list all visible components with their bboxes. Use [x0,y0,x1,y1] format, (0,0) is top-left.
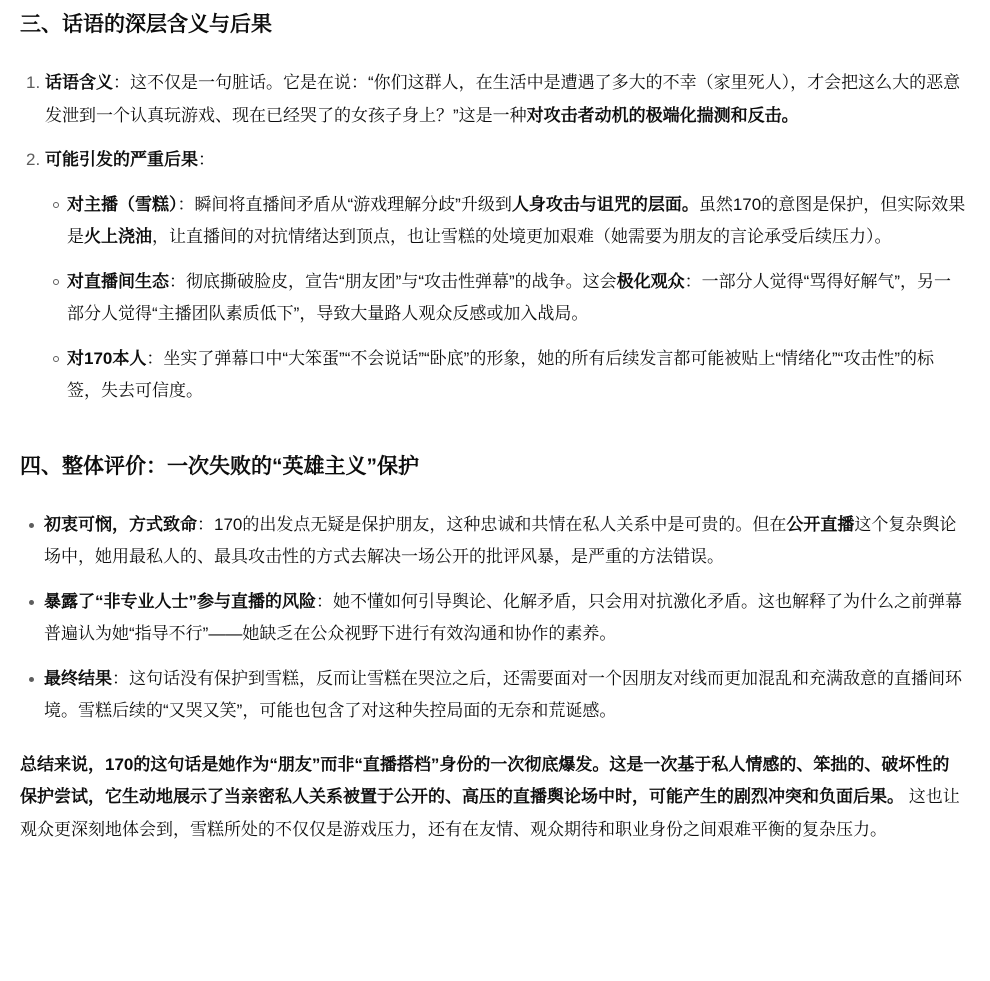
section-heading-4: 四、整体评价：一次失败的“英雄主义”保护 [20,452,966,482]
ordered-list: 1. 话语含义：这不仅是一句脏话。它是在说：“你们这群人，在生活中是遭遇了多大的… [20,67,966,408]
list-number-marker: 1. [26,67,40,100]
nested-list-item-1: 对主播（雪糕）：瞬间将直播间矛盾从“游戏理解分歧”升级到人身攻击与诅咒的层面。虽… [45,189,966,254]
bullet-list: 初衷可悯，方式致命：170的出发点无疑是保护朋友，这种忠诚和共情在私人关系中是可… [20,509,966,728]
nested-item-text: 对170本人：坐实了弹幕口中“大笨蛋”“不会说话”“卧底”的形象，她的所有后续发… [67,349,934,401]
nested-item-text: 对直播间生态：彻底撕破脸皮，宣告“朋友团”与“攻击性弹幕”的战争。这会极化观众：… [67,272,951,324]
dot-bullet-icon [29,677,34,682]
circle-bullet-icon [53,202,59,208]
section-heading-3: 三、话语的深层含义与后果 [20,10,966,40]
circle-bullet-icon [53,279,59,285]
nested-item-text: 对主播（雪糕）：瞬间将直播间矛盾从“游戏理解分歧”升级到人身攻击与诅咒的层面。虽… [67,195,965,247]
bullet-item-1: 初衷可悯，方式致命：170的出发点无疑是保护朋友，这种忠诚和共情在私人关系中是可… [20,509,966,574]
list-item-text: 话语含义：这不仅是一句脏话。它是在说：“你们这群人，在生活中是遭遇了多大的不幸（… [45,73,960,125]
bullet-item-text: 暴露了“非专业人士”参与直播的风险：她不懂如何引导舆论、化解矛盾，只会用对抗激化… [44,592,962,644]
list-item-2: 2. 可能引发的严重后果： 对主播（雪糕）：瞬间将直播间矛盾从“游戏理解分歧”升… [20,144,966,408]
conclusion-paragraph: 总结来说，170的这句话是她作为“朋友”而非“直播搭档”身份的一次彻底爆发。这是… [20,749,966,847]
bullet-item-text: 初衷可悯，方式致命：170的出发点无疑是保护朋友，这种忠诚和共情在私人关系中是可… [44,515,956,567]
bullet-item-2: 暴露了“非专业人士”参与直播的风险：她不懂如何引导舆论、化解矛盾，只会用对抗激化… [20,586,966,651]
list-item-1: 1. 话语含义：这不仅是一句脏话。它是在说：“你们这群人，在生活中是遭遇了多大的… [20,67,966,132]
bullet-item-text: 最终结果：这句话没有保护到雪糕，反而让雪糕在哭泣之后，还需要面对一个因朋友对线而… [44,669,962,721]
dot-bullet-icon [29,523,34,528]
nested-list-item-3: 对170本人：坐实了弹幕口中“大笨蛋”“不会说话”“卧底”的形象，她的所有后续发… [45,343,966,408]
list-item-text: 可能引发的严重后果： [45,150,215,169]
nested-list: 对主播（雪糕）：瞬间将直播间矛盾从“游戏理解分歧”升级到人身攻击与诅咒的层面。虽… [45,189,966,408]
circle-bullet-icon [53,356,59,362]
document: 三、话语的深层含义与后果 1. 话语含义：这不仅是一句脏话。它是在说：“你们这群… [0,0,990,870]
dot-bullet-icon [29,600,34,605]
nested-list-item-2: 对直播间生态：彻底撕破脸皮，宣告“朋友团”与“攻击性弹幕”的战争。这会极化观众：… [45,266,966,331]
bullet-item-3: 最终结果：这句话没有保护到雪糕，反而让雪糕在哭泣之后，还需要面对一个因朋友对线而… [20,663,966,728]
list-number-marker: 2. [26,144,40,177]
